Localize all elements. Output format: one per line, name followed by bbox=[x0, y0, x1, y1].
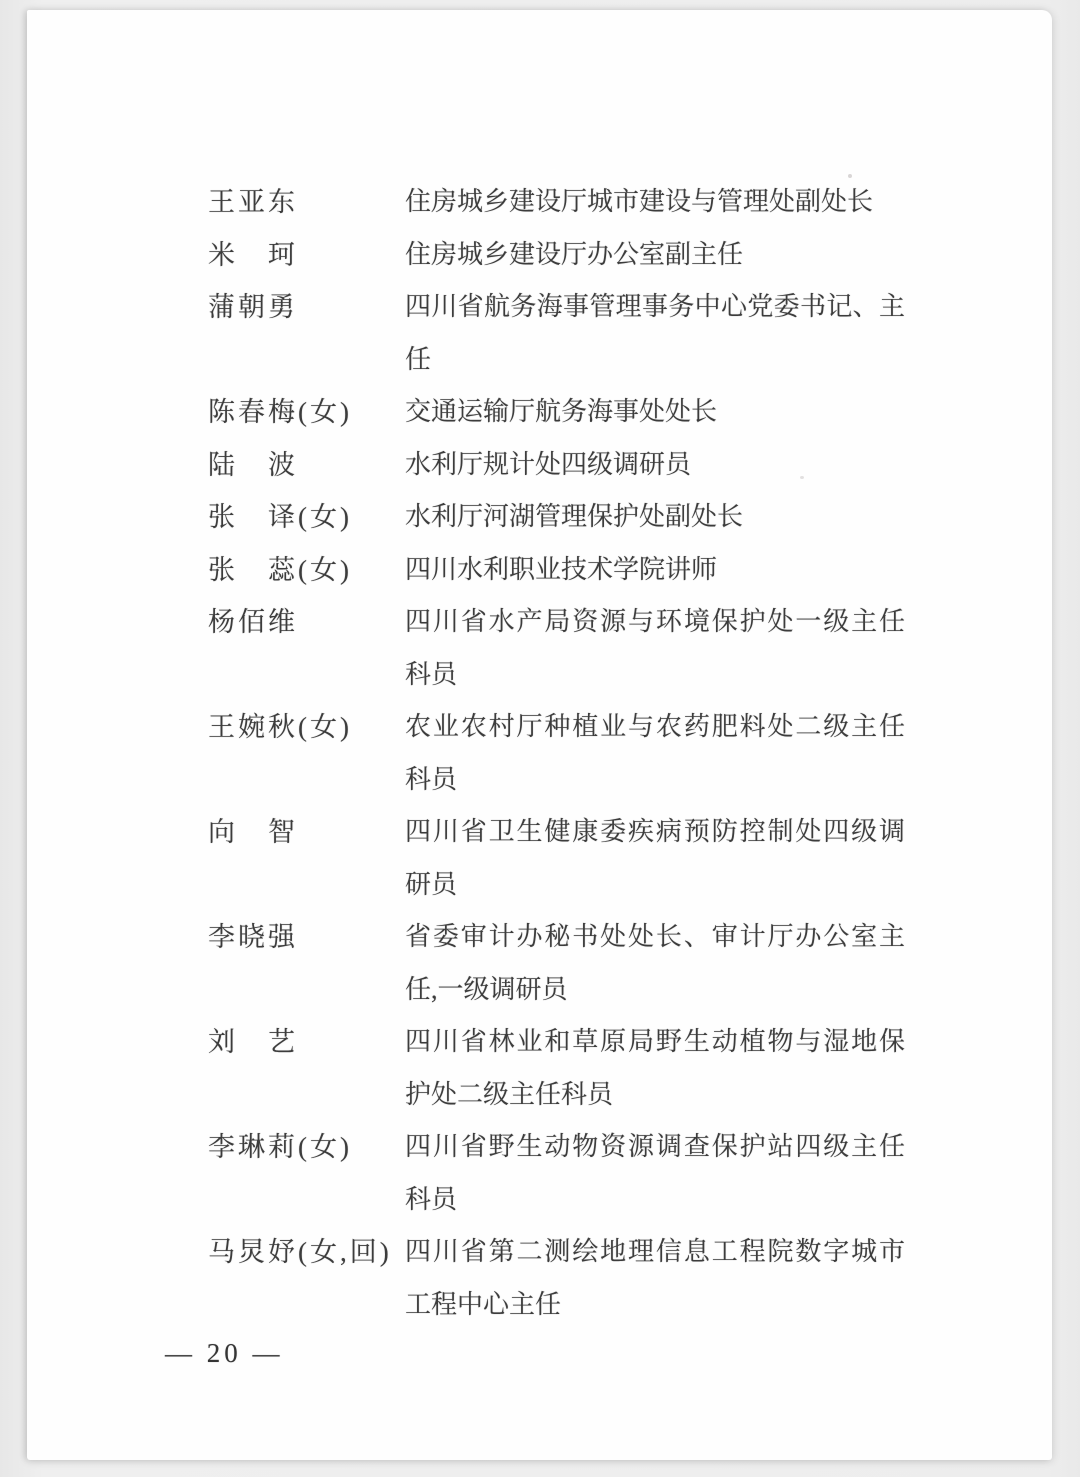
list-entry: 陆 波水利厅规计处四级调研员 bbox=[208, 439, 1052, 492]
person-title: 交通运输厅航务海事处处长 bbox=[405, 386, 905, 439]
title-line: 四川水利职业技术学院讲师 bbox=[405, 544, 905, 597]
title-line: 科员 bbox=[405, 649, 905, 702]
title-line: 四川省卫生健康委疾病预防控制处四级调 bbox=[405, 806, 905, 859]
title-line: 四川省水产局资源与环境保护处一级主任 bbox=[405, 596, 905, 649]
person-title: 省委审计办秘书处处长、审计厅办公室主任,一级调研员 bbox=[405, 911, 905, 1016]
title-line: 研员 bbox=[405, 859, 905, 912]
person-title: 水利厅规计处四级调研员 bbox=[405, 439, 905, 492]
person-name: 李晓强 bbox=[208, 911, 405, 964]
scan-speck bbox=[848, 174, 852, 178]
title-line: 护处二级主任科员 bbox=[405, 1069, 905, 1122]
person-title: 住房城乡建设厅城市建设与管理处副处长 bbox=[405, 176, 905, 229]
person-name: 马炅妤(女,回) bbox=[208, 1226, 405, 1279]
page-number: — 20 — bbox=[165, 1337, 1052, 1369]
person-name: 张 译(女) bbox=[208, 491, 405, 544]
title-line: 科员 bbox=[405, 1174, 905, 1227]
title-line: 交通运输厅航务海事处处长 bbox=[405, 386, 905, 439]
list-entry: 杨佰维四川省水产局资源与环境保护处一级主任科员 bbox=[208, 596, 1052, 701]
title-line: 任,一级调研员 bbox=[405, 964, 905, 1017]
person-name: 陆 波 bbox=[208, 439, 405, 492]
person-name: 王亚东 bbox=[208, 176, 405, 229]
list-entry: 李晓强省委审计办秘书处处长、审计厅办公室主任,一级调研员 bbox=[208, 911, 1052, 1016]
list-entry: 陈春梅(女)交通运输厅航务海事处处长 bbox=[208, 386, 1052, 439]
title-line: 四川省林业和草原局野生动植物与湿地保 bbox=[405, 1016, 905, 1069]
person-name: 张 蕊(女) bbox=[208, 544, 405, 597]
person-title: 四川省水产局资源与环境保护处一级主任科员 bbox=[405, 596, 905, 701]
list-entry: 马炅妤(女,回)四川省第二测绘地理信息工程院数字城市工程中心主任 bbox=[208, 1226, 1052, 1331]
person-title: 农业农村厅种植业与农药肥料处二级主任科员 bbox=[405, 701, 905, 806]
title-line: 四川省航务海事管理事务中心党委书记、主 bbox=[405, 281, 905, 334]
title-line: 科员 bbox=[405, 754, 905, 807]
person-title: 四川省航务海事管理事务中心党委书记、主任 bbox=[405, 281, 905, 386]
person-title: 四川省卫生健康委疾病预防控制处四级调研员 bbox=[405, 806, 905, 911]
title-line: 任 bbox=[405, 334, 905, 387]
list-entry: 刘 艺四川省林业和草原局野生动植物与湿地保护处二级主任科员 bbox=[208, 1016, 1052, 1121]
title-line: 省委审计办秘书处处长、审计厅办公室主 bbox=[405, 911, 905, 964]
list-entry: 王亚东住房城乡建设厅城市建设与管理处副处长 bbox=[208, 176, 1052, 229]
person-name: 蒲朝勇 bbox=[208, 281, 405, 334]
list-entry: 向 智四川省卫生健康委疾病预防控制处四级调研员 bbox=[208, 806, 1052, 911]
person-title: 四川省第二测绘地理信息工程院数字城市工程中心主任 bbox=[405, 1226, 905, 1331]
person-name: 向 智 bbox=[208, 806, 405, 859]
person-name: 杨佰维 bbox=[208, 596, 405, 649]
person-name: 米 珂 bbox=[208, 229, 405, 282]
person-name: 陈春梅(女) bbox=[208, 386, 405, 439]
title-line: 工程中心主任 bbox=[405, 1279, 905, 1332]
person-title: 四川省野生动物资源调查保护站四级主任科员 bbox=[405, 1121, 905, 1226]
title-line: 住房城乡建设厅办公室副主任 bbox=[405, 229, 905, 282]
title-line: 住房城乡建设厅城市建设与管理处副处长 bbox=[405, 176, 905, 229]
list-entry: 王婉秋(女)农业农村厅种植业与农药肥料处二级主任科员 bbox=[208, 701, 1052, 806]
title-line: 水利厅规计处四级调研员 bbox=[405, 439, 905, 492]
list-entry: 张 蕊(女)四川水利职业技术学院讲师 bbox=[208, 544, 1052, 597]
document-page: 王亚东住房城乡建设厅城市建设与管理处副处长米 珂住房城乡建设厅办公室副主任蒲朝勇… bbox=[27, 10, 1052, 1460]
scan-speck bbox=[800, 476, 804, 479]
list-entry: 米 珂住房城乡建设厅办公室副主任 bbox=[208, 229, 1052, 282]
title-line: 四川省第二测绘地理信息工程院数字城市 bbox=[405, 1226, 905, 1279]
list-entry: 李琳莉(女)四川省野生动物资源调查保护站四级主任科员 bbox=[208, 1121, 1052, 1226]
person-name: 刘 艺 bbox=[208, 1016, 405, 1069]
title-line: 农业农村厅种植业与农药肥料处二级主任 bbox=[405, 701, 905, 754]
list-entry: 蒲朝勇四川省航务海事管理事务中心党委书记、主任 bbox=[208, 281, 1052, 386]
person-name: 李琳莉(女) bbox=[208, 1121, 405, 1174]
person-title: 四川水利职业技术学院讲师 bbox=[405, 544, 905, 597]
person-title: 水利厅河湖管理保护处副处长 bbox=[405, 491, 905, 544]
scanned-document-background: { "document": { "page_number_label": "— … bbox=[0, 0, 1080, 1477]
list-entry: 张 译(女)水利厅河湖管理保护处副处长 bbox=[208, 491, 1052, 544]
title-line: 四川省野生动物资源调查保护站四级主任 bbox=[405, 1121, 905, 1174]
title-line: 水利厅河湖管理保护处副处长 bbox=[405, 491, 905, 544]
person-title: 住房城乡建设厅办公室副主任 bbox=[405, 229, 905, 282]
person-title: 四川省林业和草原局野生动植物与湿地保护处二级主任科员 bbox=[405, 1016, 905, 1121]
appointment-list: 王亚东住房城乡建设厅城市建设与管理处副处长米 珂住房城乡建设厅办公室副主任蒲朝勇… bbox=[27, 10, 1052, 1331]
person-name: 王婉秋(女) bbox=[208, 701, 405, 754]
